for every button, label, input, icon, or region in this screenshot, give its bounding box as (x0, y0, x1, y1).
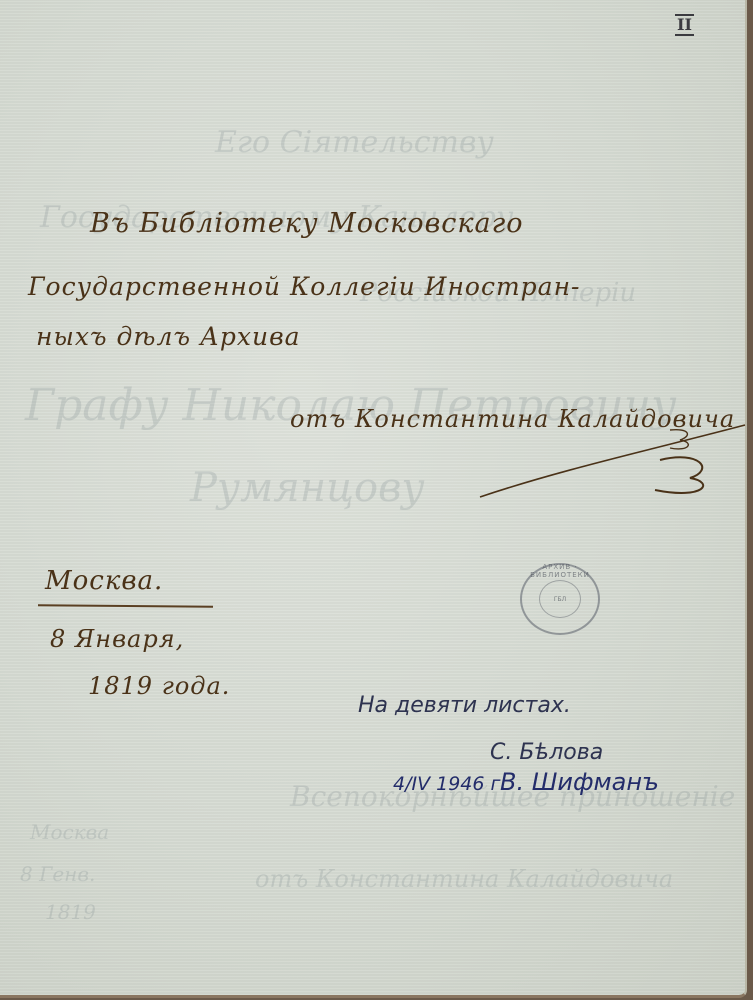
manuscript-page: II Его Сiятельству Государственному Канц… (0, 0, 747, 998)
archival-date: 4/IV 1946 г. (393, 773, 507, 795)
signature-flourish (0, 0, 753, 1000)
stamp-ring-text: АРХИВ · БИБЛИОТЕКИ (522, 563, 598, 579)
archivist-signature: В. Шифманъ (500, 768, 659, 796)
sheet-count-note: На девяти листах. (358, 693, 571, 718)
verifier-signature: С. Бѣлова (490, 740, 603, 765)
archive-stamp: АРХИВ · БИБЛИОТЕКИ ГБЛ (520, 563, 600, 635)
stamp-center: ГБЛ (539, 580, 581, 618)
